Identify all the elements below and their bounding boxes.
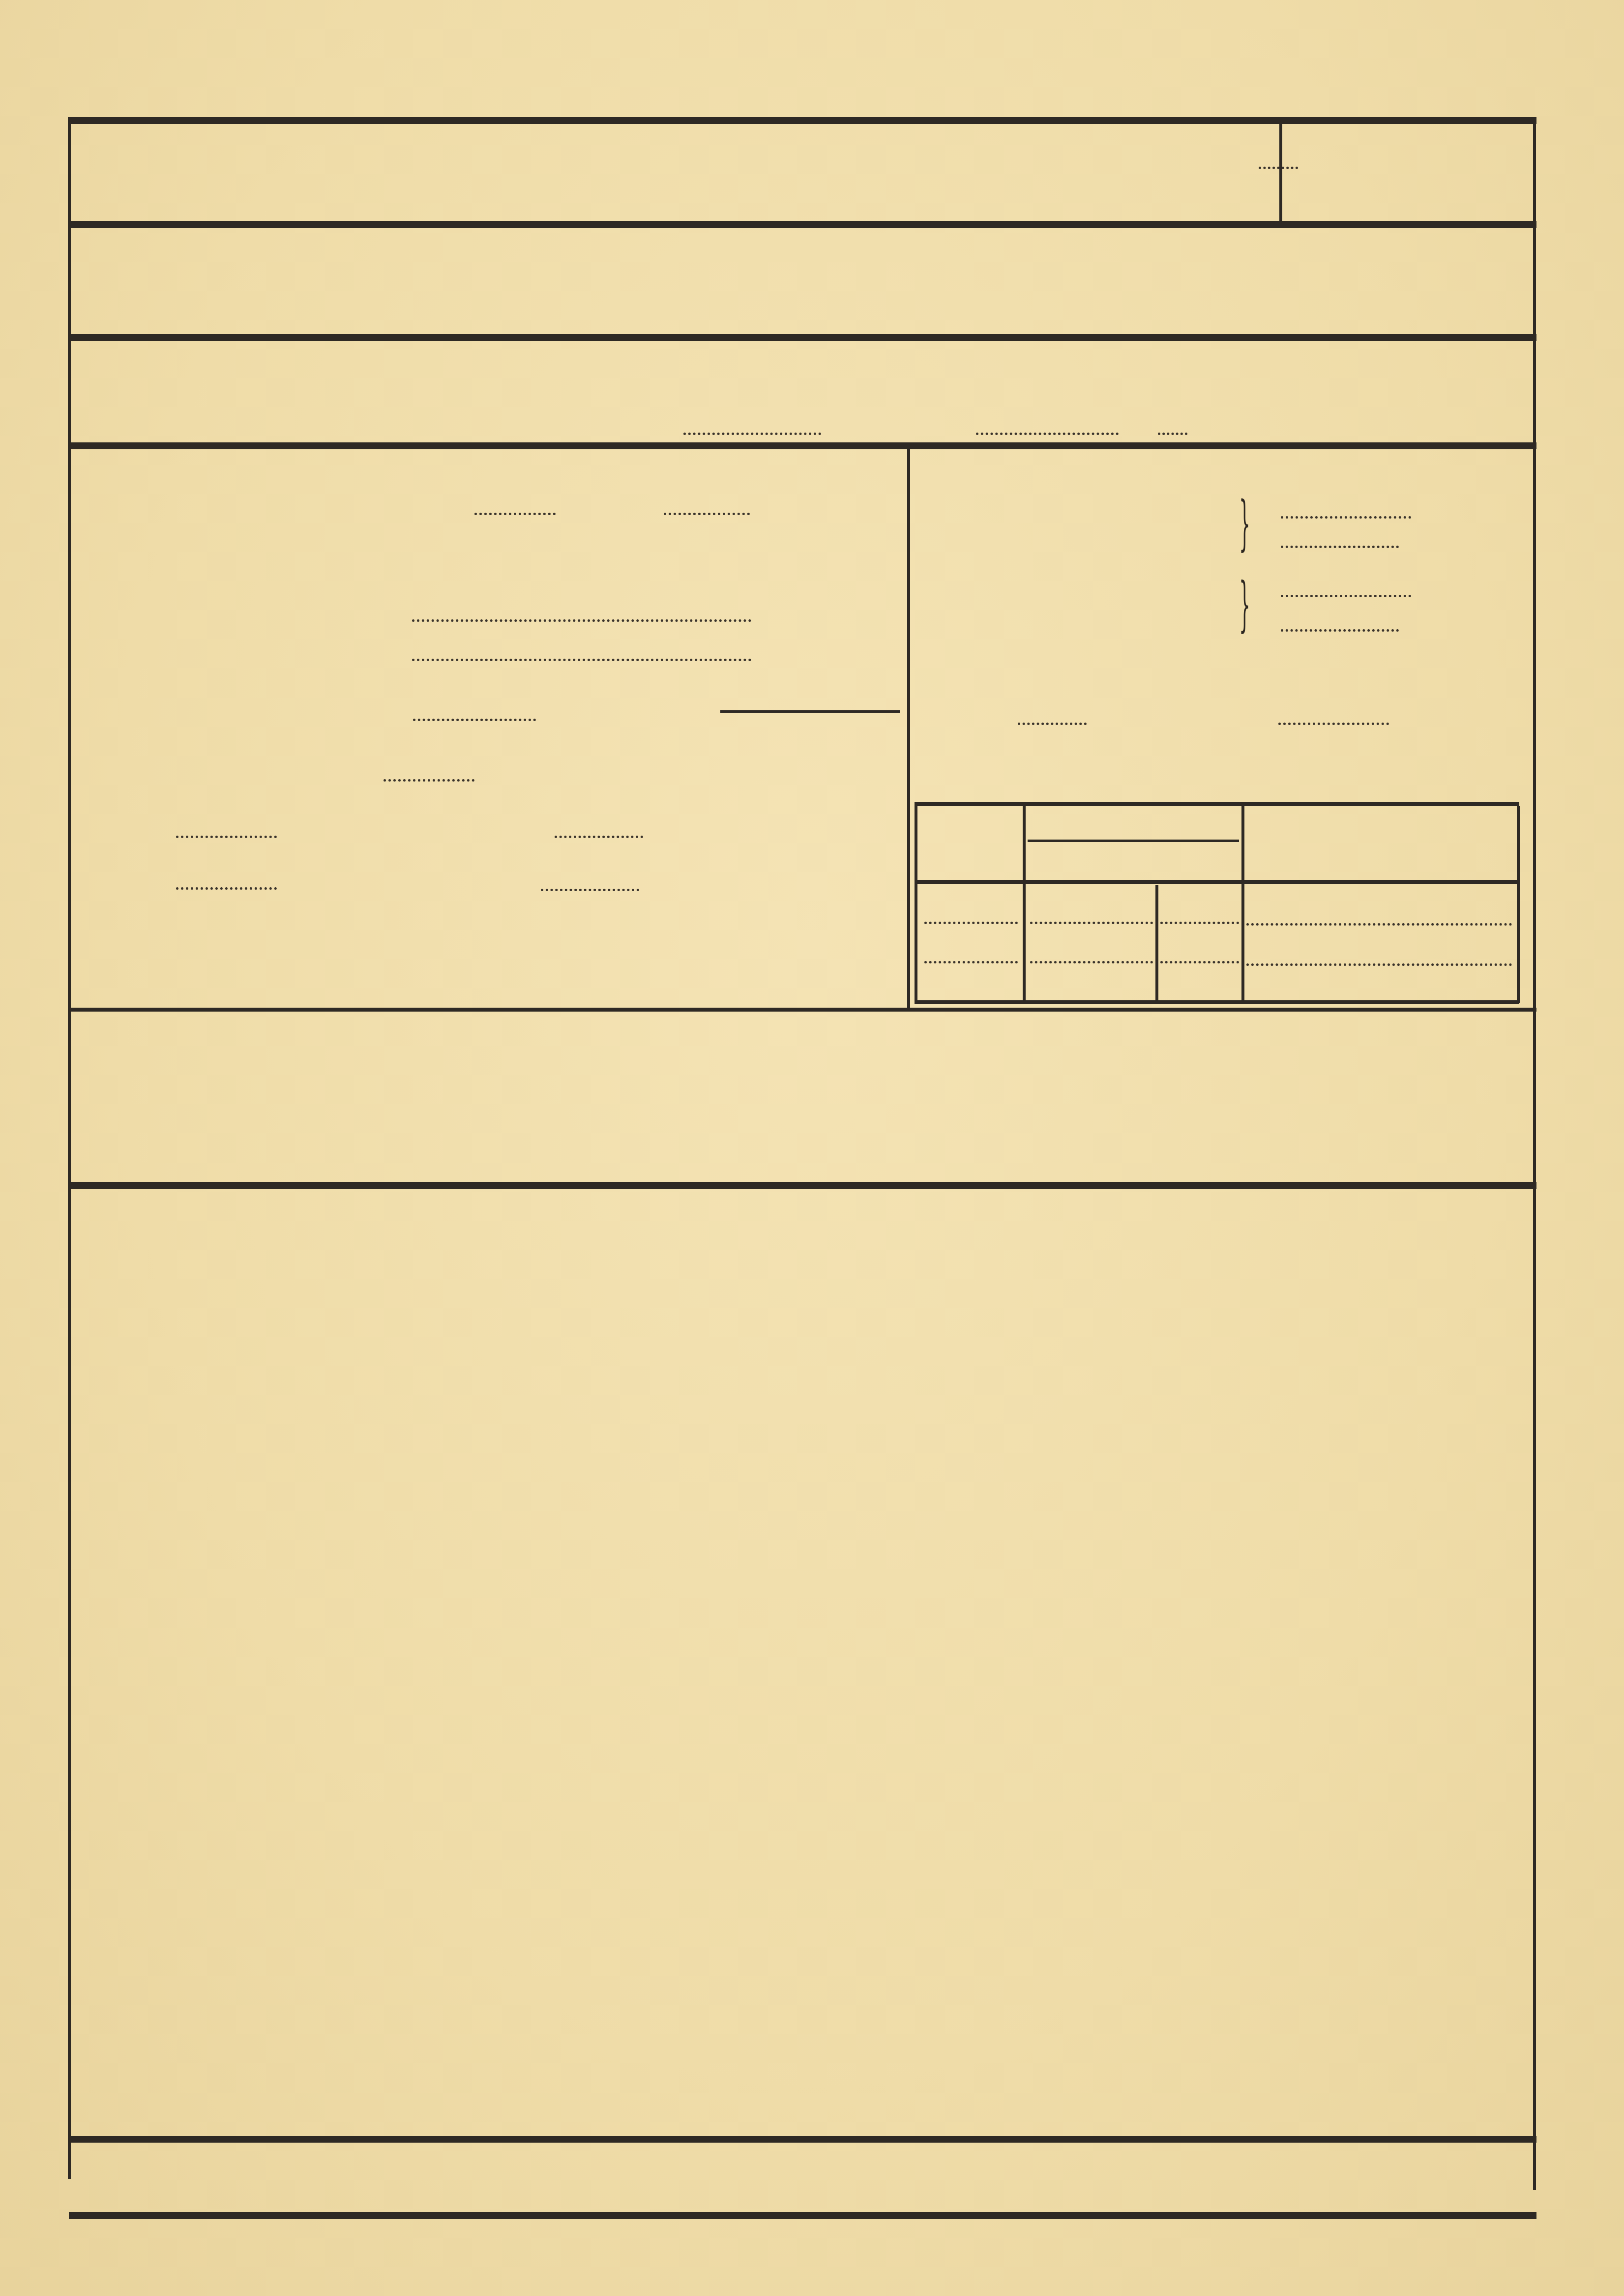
idle-max-field[interactable] bbox=[412, 659, 751, 661]
oil-table-col-temp bbox=[1026, 807, 1241, 840]
year-field-line[interactable] bbox=[1158, 433, 1187, 435]
oil-row1-pressure-line bbox=[1246, 923, 1512, 926]
parts-bottom-line bbox=[69, 2136, 1536, 2143]
oil-density-field[interactable] bbox=[541, 889, 639, 891]
frame-bottom-line bbox=[69, 2212, 1536, 2219]
tuned-fraction-line bbox=[720, 710, 900, 713]
oil-table-top bbox=[915, 802, 1519, 806]
tuned-rpm-field[interactable] bbox=[384, 779, 474, 782]
oil-table-col-out bbox=[1131, 842, 1241, 880]
fuel-density-field[interactable] bbox=[555, 836, 643, 838]
attachment-label bbox=[1293, 147, 1332, 177]
fuel-brace-icon: } bbox=[1239, 489, 1250, 558]
oil-table-col2 bbox=[1155, 885, 1158, 1003]
oil-system-label bbox=[915, 740, 1529, 791]
water-inlet-field[interactable] bbox=[1018, 723, 1087, 725]
oil-type-field[interactable] bbox=[176, 887, 277, 890]
fuel-type-field[interactable] bbox=[176, 836, 277, 838]
fuel-kgh-field[interactable] bbox=[1281, 516, 1411, 519]
month-field-line[interactable] bbox=[976, 433, 1119, 435]
oil-row1-rpm-line bbox=[924, 922, 1018, 924]
header-divider bbox=[69, 221, 1536, 228]
tuned-power-field[interactable] bbox=[413, 719, 536, 721]
oil-row1-out-line bbox=[1160, 922, 1239, 924]
oil-row2-pressure-line[interactable] bbox=[1246, 963, 1512, 966]
engine-title bbox=[565, 261, 718, 310]
oil-table-col-in bbox=[1026, 842, 1134, 880]
oil-row2-in-line[interactable] bbox=[1030, 961, 1153, 963]
frame-right-line bbox=[1533, 120, 1536, 2190]
spec-split-line bbox=[907, 447, 910, 1010]
document-paper bbox=[0, 0, 1624, 2296]
oil-row2-out-line[interactable] bbox=[1160, 961, 1239, 963]
oil-row2-rpm-line[interactable] bbox=[924, 961, 1018, 963]
parts-top-line bbox=[69, 1182, 1536, 1189]
oil-row1-in-line bbox=[1030, 922, 1153, 924]
oil-table-header-bottom bbox=[915, 880, 1519, 884]
fuel-gkmh-field[interactable] bbox=[1281, 546, 1399, 548]
nominal-rpm-field[interactable] bbox=[664, 513, 750, 515]
attachment-box-divider bbox=[1279, 123, 1282, 224]
oil-gkmh-field[interactable] bbox=[1281, 629, 1399, 632]
oil-table-col-rpm bbox=[917, 809, 1023, 880]
fuel-consumption-label bbox=[917, 496, 1232, 552]
water-outlet-field[interactable] bbox=[1278, 723, 1389, 725]
oil-consumption-label bbox=[917, 580, 1232, 635]
oil-table-bottom bbox=[915, 1000, 1519, 1004]
acceptance-divider bbox=[69, 442, 1536, 449]
nominal-power-field[interactable] bbox=[474, 513, 556, 515]
oil-table-right bbox=[1517, 806, 1520, 1003]
day-field-line[interactable] bbox=[683, 433, 821, 435]
oil-kgh-field[interactable] bbox=[1281, 595, 1411, 597]
idle-min-field[interactable] bbox=[412, 619, 751, 622]
signatures-top-line bbox=[69, 1008, 1536, 1012]
oil-brace-icon: } bbox=[1239, 570, 1250, 639]
frame-top-line bbox=[69, 117, 1536, 124]
control-test-row bbox=[310, 401, 595, 436]
frame-left-line bbox=[68, 117, 71, 2179]
oil-table-col-pressure bbox=[1244, 811, 1517, 880]
attachment-field[interactable] bbox=[1259, 167, 1298, 169]
engine-divider bbox=[69, 334, 1536, 341]
